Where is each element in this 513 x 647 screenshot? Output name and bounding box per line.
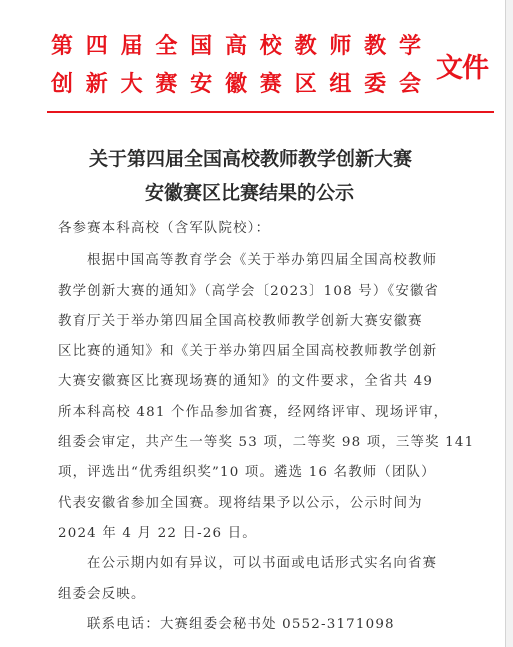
issuer-header-line-1: 第 四 届 全 国 高 校 教 师 教 学 — [50, 34, 422, 60]
header-char: 学 — [398, 34, 422, 60]
body-line: 2024 年 4 月 22 日-26 日。 — [58, 524, 388, 544]
contact-phone: 联系电话：大赛组委会秘书处 0552-3171098 — [87, 615, 417, 635]
header-char: 教 — [363, 34, 387, 60]
header-char: 会 — [398, 72, 422, 98]
header-char: 组 — [328, 72, 352, 98]
document-type-label: 文件 — [436, 53, 488, 85]
header-char: 全 — [154, 34, 178, 60]
header-char: 第 — [50, 34, 74, 60]
body-line: 教育厅关于举办第四届全国高校教师教学创新大赛安徽赛 — [58, 312, 388, 332]
page-edge-border — [505, 0, 513, 647]
header-char: 教 — [294, 34, 318, 60]
header-char: 国 — [189, 34, 213, 60]
body-line: 区比赛的通知》和《关于举办第四届全国高校教师教学创新 — [58, 342, 388, 362]
header-char: 四 — [85, 34, 109, 60]
header-char: 赛 — [154, 72, 178, 98]
body-line: 教学创新大赛的通知》（高学会〔2023〕108 号）《安徽省 — [58, 282, 388, 302]
issuer-header-line-2: 创 新 大 赛 安 徽 赛 区 组 委 会 — [50, 72, 422, 98]
header-char: 校 — [259, 34, 283, 60]
header-char: 徽 — [224, 72, 248, 98]
header-char: 高 — [224, 34, 248, 60]
body-line: 组委会审定，共产生一等奖 53 项，二等奖 98 项，三等奖 141 — [58, 433, 388, 453]
body-line: 大赛安徽赛区比赛现场赛的通知》的文件要求，全省共 49 — [58, 372, 388, 392]
objection-note-line-2: 组委会反映。 — [58, 585, 388, 605]
document-title-line-1: 关于第四届全国高校教师教学创新大赛 — [0, 147, 503, 171]
body-line: 项，评选出“优秀组织奖”10 项。遴选 16 名教师（团队） — [58, 463, 388, 483]
salutation: 各参赛本科高校（含军队院校）： — [58, 219, 388, 239]
header-char: 届 — [120, 34, 144, 60]
header-char: 师 — [328, 34, 352, 60]
header-char: 大 — [120, 72, 144, 98]
body-line: 根据中国高等教育学会《关于举办第四届全国高校教师 — [87, 251, 417, 271]
header-char: 创 — [50, 72, 74, 98]
objection-note-line-1: 在公示期内如有异议，可以书面或电话形式实名向省赛 — [87, 554, 417, 574]
document-title-line-2: 安徽赛区比赛结果的公示 — [0, 181, 502, 205]
body-line: 所本科高校 481 个作品参加省赛，经网络评审、现场评审， — [58, 403, 388, 423]
header-char: 新 — [85, 72, 109, 98]
body-line: 代表安徽省参加全国赛。现将结果予以公示，公示时间为 — [58, 494, 388, 514]
document-page: 第 四 届 全 国 高 校 教 师 教 学 创 新 大 赛 安 徽 赛 区 组 … — [0, 0, 505, 647]
header-char: 委 — [363, 72, 387, 98]
header-char: 赛 — [259, 72, 283, 98]
header-char: 区 — [294, 72, 318, 98]
header-char: 安 — [189, 72, 213, 98]
red-header-divider — [47, 111, 494, 113]
